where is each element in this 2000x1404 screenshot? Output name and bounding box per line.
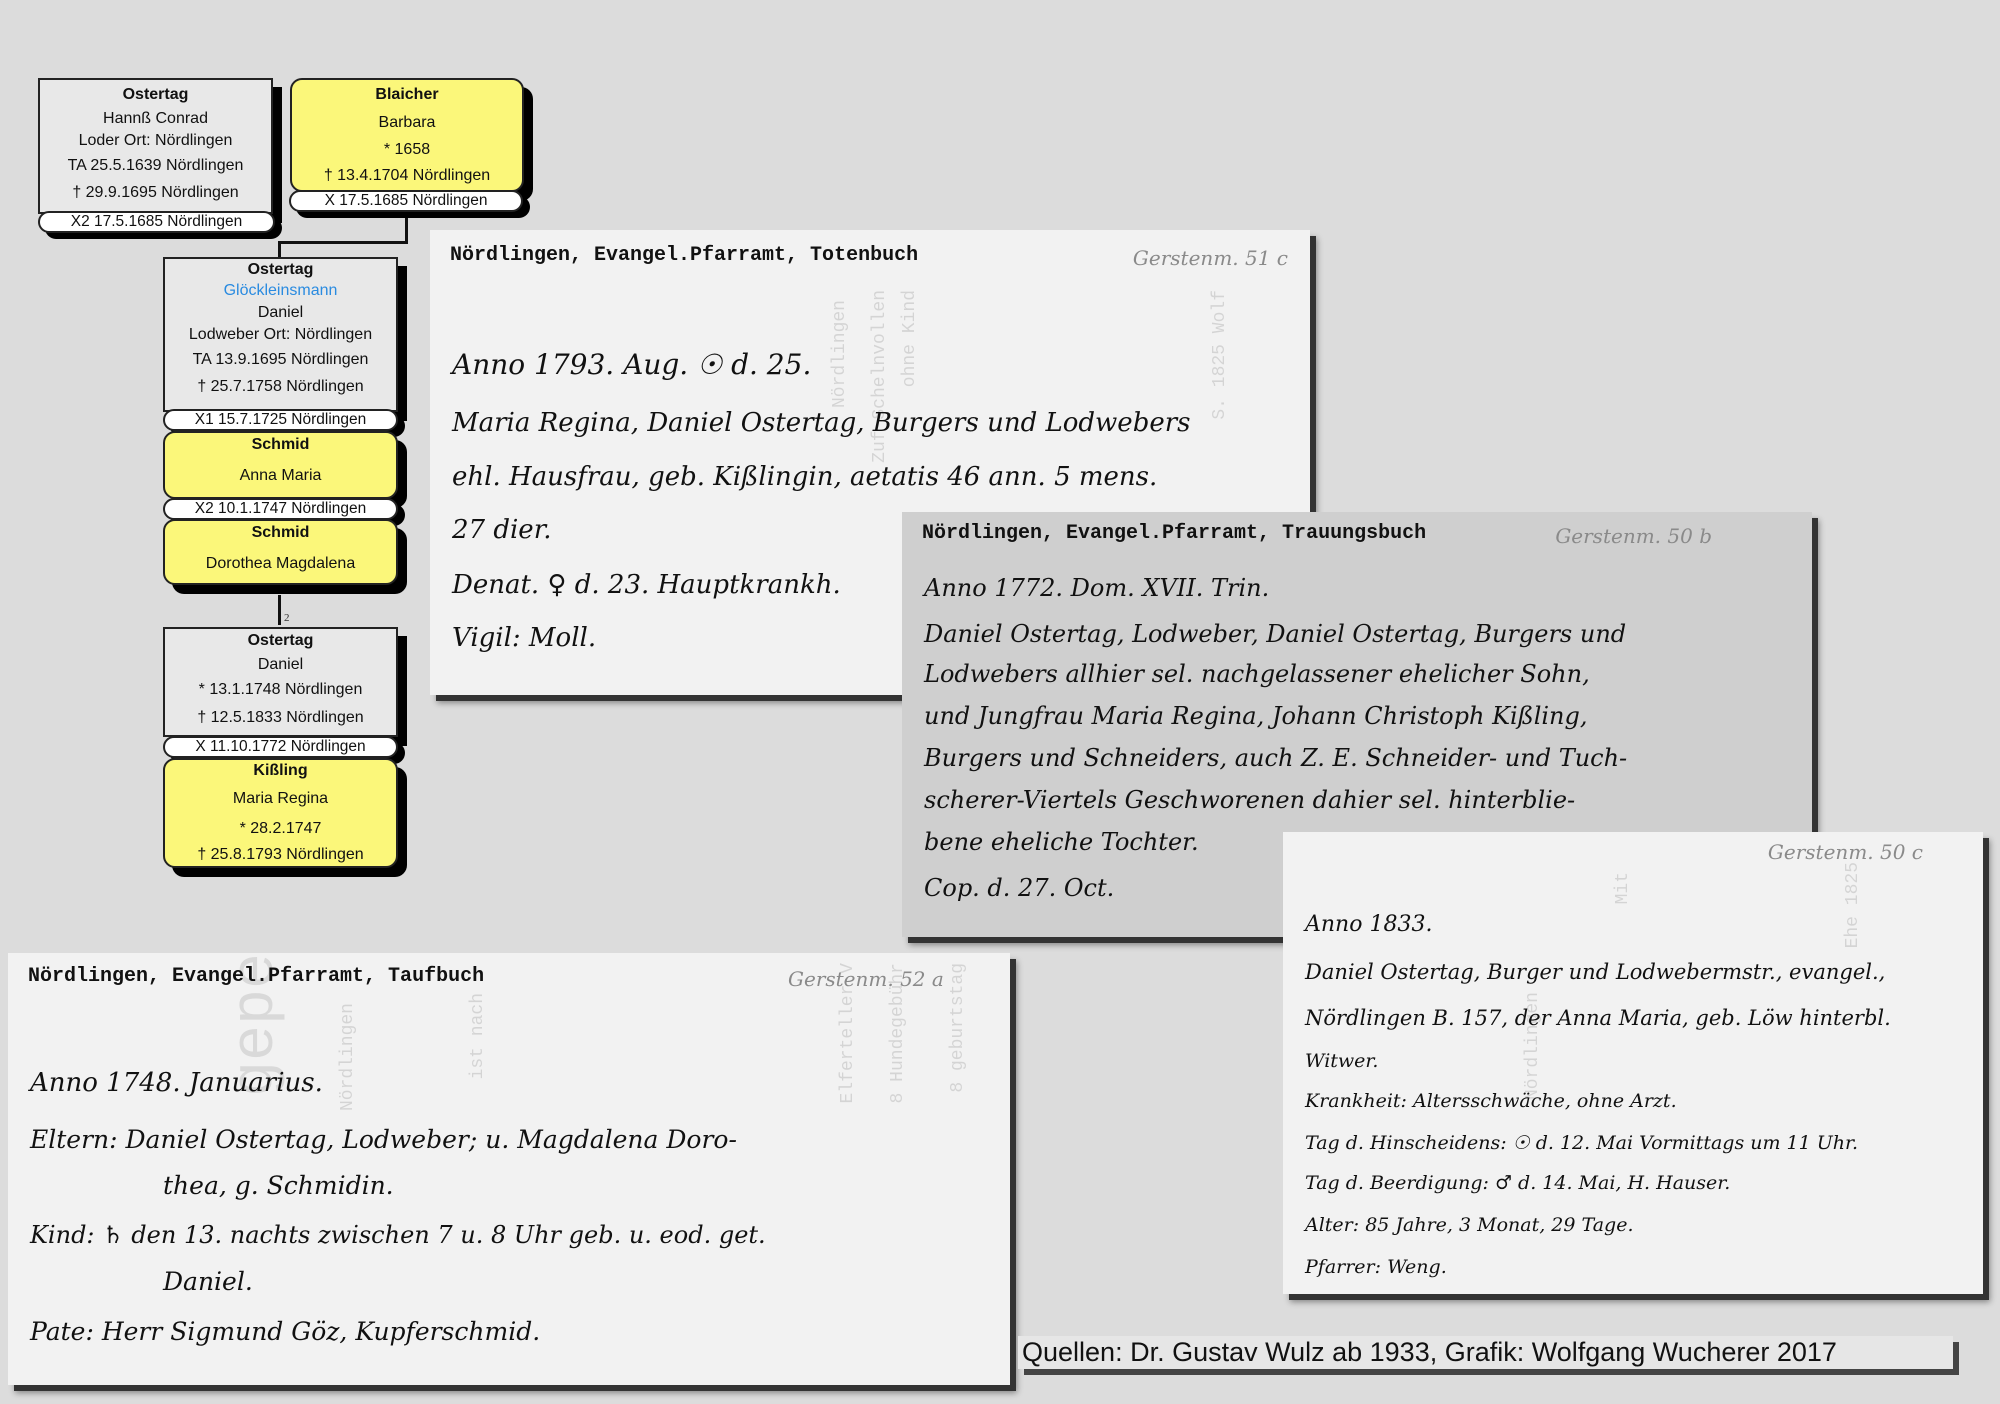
connector-line [278, 241, 281, 258]
given-name: Hannß Conrad [40, 108, 271, 130]
record-line: 27 dier. [452, 515, 552, 545]
record-line: Anno 1772. Dom. XVII. Trin. [924, 574, 1269, 602]
record-line: Kind: ♄ den 13. nachts zwischen 7 u. 8 U… [30, 1221, 766, 1249]
archive-signature: Gerstenm. 50 c [1768, 840, 1923, 864]
source-caption: Quellen: Dr. Gustav Wulz ab 1933, Grafik… [1018, 1336, 1953, 1369]
record-line: Maria Regina, Daniel Ostertag, Burgers u… [452, 408, 1191, 438]
marriage-label: X2 17.5.1685 Nördlingen [38, 211, 275, 233]
generation-marker: 2 [284, 612, 290, 624]
record-line: Burgers und Schneiders, auch Z. E. Schne… [924, 744, 1627, 772]
death-date: † 25.7.1758 Nördlingen [165, 375, 396, 399]
record-card-death-1833: Mit Nördlingen Ehe 1825 Gerstenm. 50 c A… [1283, 832, 1983, 1294]
baptism-date: TA 13.9.1695 Nördlingen [165, 345, 396, 375]
record-line: Nördlingen B. 157, der Anna Maria, geb. … [1305, 1006, 1891, 1030]
birth-date: * 28.2.1747 [165, 816, 396, 842]
surname: Ostertag [165, 259, 396, 281]
person-box-ostertag-hanns-conrad[interactable]: Ostertag Hannß Conrad Loder Ort: Nördlin… [38, 78, 273, 214]
record-header: Nördlingen, Evangel.Pfarramt, Trauungsbu… [922, 522, 1426, 545]
death-date: † 13.4.1704 Nördlingen [292, 162, 522, 190]
person-box-schmid-anna-maria[interactable]: Schmid Anna Maria [163, 431, 398, 499]
record-line: Eltern: Daniel Ostertag, Lodweber; u. Ma… [30, 1125, 737, 1154]
marriage-label: X1 15.7.1725 Nördlingen [163, 409, 398, 431]
surname: Schmid [165, 433, 396, 457]
record-line: Anno 1748. Januarius. [30, 1068, 323, 1098]
person-box-ostertag-daniel-gloeckleinsmann[interactable]: Ostertag Glöckleinsmann Daniel Lodweber … [163, 257, 398, 412]
record-line: Denat. ♀ d. 23. Hauptkrankh. [452, 570, 841, 600]
given-name: Barbara [292, 108, 522, 138]
alias-name: Glöckleinsmann [165, 281, 396, 301]
birth-date: * 13.1.1748 Nördlingen [165, 677, 396, 703]
record-line: scherer-Viertels Geschworenen dahier sel… [924, 786, 1575, 814]
record-card-taufbuch: gepe Nördlingen ist nach Elferteller V 8… [8, 953, 1010, 1385]
marriage-label: X 11.10.1772 Nördlingen [163, 736, 398, 758]
person-box-ostertag-daniel[interactable]: Ostertag Daniel * 13.1.1748 Nördlingen †… [163, 627, 398, 737]
death-date: † 25.8.1793 Nördlingen [165, 842, 396, 868]
record-line: ehl. Hausfrau, geb. Kißlingin, aetatis 4… [452, 462, 1157, 492]
record-line: Anno 1793. Aug. ☉ d. 25. [452, 348, 811, 381]
person-box-blaicher-barbara[interactable]: Blaicher Barbara * 1658 † 13.4.1704 Nörd… [290, 78, 524, 192]
surname: Kißling [165, 760, 396, 782]
death-date: † 29.9.1695 Nördlingen [40, 180, 271, 206]
archive-signature: Gerstenm. 50 b [1555, 524, 1712, 548]
surname: Ostertag [165, 629, 396, 653]
surname: Blaicher [292, 82, 522, 108]
record-line: Krankheit: Altersschwäche, ohne Arzt. [1305, 1090, 1677, 1112]
person-box-kissling-maria-regina[interactable]: Kißling Maria Regina * 28.2.1747 † 25.8.… [163, 758, 398, 868]
record-header: Nördlingen, Evangel.Pfarramt, Taufbuch [28, 965, 484, 988]
record-line: Witwer. [1305, 1050, 1378, 1072]
given-name: Daniel [165, 301, 396, 325]
record-line: Cop. d. 27. Oct. [924, 874, 1114, 902]
record-header: Nördlingen, Evangel.Pfarramt, Totenbuch [450, 244, 918, 267]
given-name: Anna Maria [165, 457, 396, 495]
given-name: Dorothea Magdalena [165, 545, 396, 583]
record-line: Tag d. Hinscheidens: ☉ d. 12. Mai Vormit… [1305, 1132, 1858, 1154]
record-line: Anno 1833. [1305, 912, 1432, 937]
surname: Schmid [165, 521, 396, 545]
record-line: Tag d. Beerdigung: ♂ d. 14. Mai, H. Haus… [1305, 1172, 1730, 1194]
given-name: Maria Regina [165, 782, 396, 816]
record-line: bene eheliche Tochter. [924, 828, 1199, 856]
death-date: † 12.5.1833 Nördlingen [165, 703, 396, 733]
archive-signature: Gerstenm. 52 a [788, 967, 944, 991]
record-line: Daniel. [163, 1267, 253, 1296]
baptism-date: TA 25.5.1639 Nördlingen [40, 152, 271, 180]
surname: Ostertag [40, 82, 271, 108]
given-name: Daniel [165, 653, 396, 677]
record-line: Alter: 85 Jahre, 3 Monat, 29 Tage. [1305, 1214, 1634, 1236]
marriage-label: X 17.5.1685 Nördlingen [289, 190, 523, 212]
record-line: Pfarrer: Weng. [1305, 1256, 1447, 1278]
record-line: thea, g. Schmidin. [163, 1171, 394, 1200]
record-line: Daniel Ostertag, Lodweber, Daniel Ostert… [924, 620, 1626, 648]
connector-line [278, 595, 281, 625]
occupation: Loder Ort: Nördlingen [40, 130, 271, 152]
person-box-schmid-dorothea-magdalena[interactable]: Schmid Dorothea Magdalena [163, 519, 398, 585]
record-line: und Jungfrau Maria Regina, Johann Christ… [924, 702, 1588, 730]
record-line: Lodwebers allhier sel. nachgelassener eh… [924, 660, 1590, 688]
record-line: Daniel Ostertag, Burger und Lodwebermstr… [1305, 960, 1885, 984]
connector-line [278, 241, 408, 244]
occupation: Lodweber Ort: Nördlingen [165, 325, 396, 345]
birth-date: * 1658 [292, 138, 522, 162]
record-line: Pate: Herr Sigmund Göz, Kupferschmid. [30, 1317, 540, 1346]
marriage-label: X2 10.1.1747 Nördlingen [163, 498, 398, 520]
record-line: Vigil: Moll. [452, 623, 596, 653]
archive-signature: Gerstenm. 51 c [1133, 246, 1288, 270]
